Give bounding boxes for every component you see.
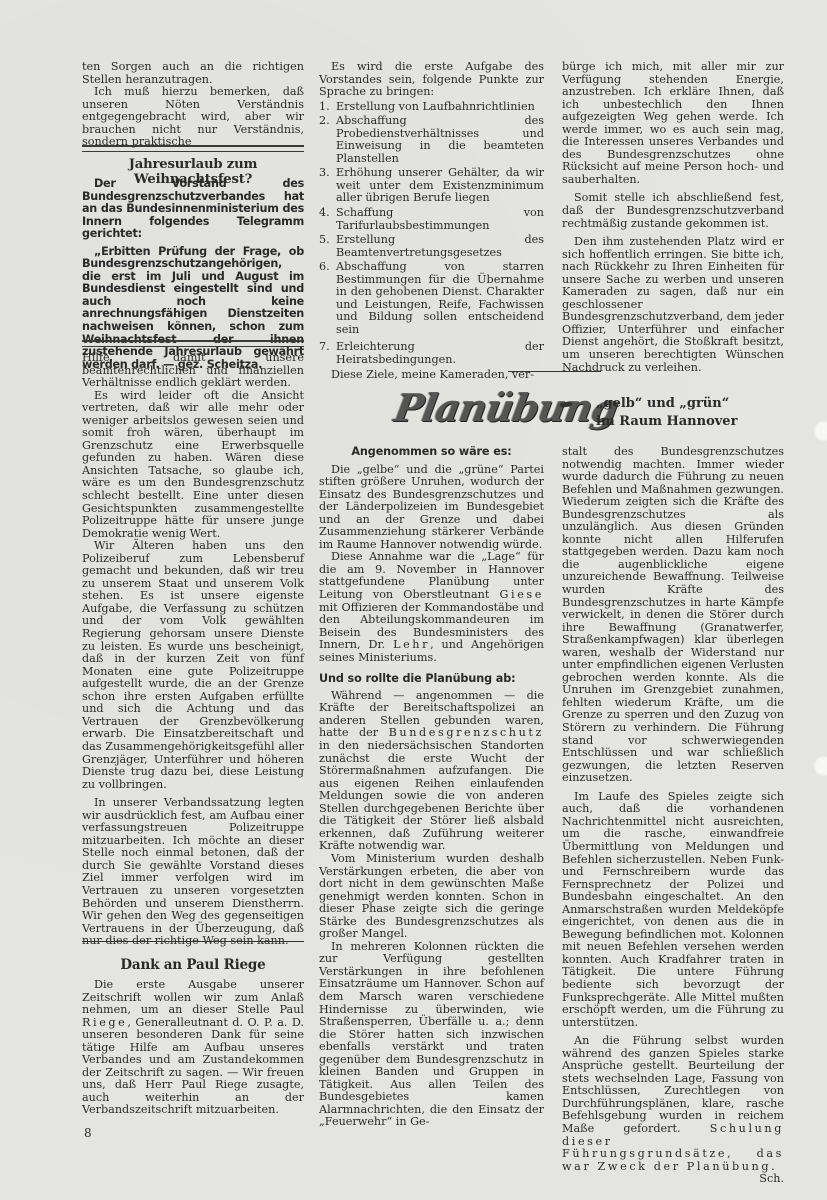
column3-top: bürge ich mich, mit aller mir zur Verfüg…: [562, 61, 784, 374]
list-item: 3.Erhöhung unserer Gehälter, da wir weit…: [319, 167, 544, 205]
paragraph: Wir Älteren haben uns den Polizeiberuf z…: [82, 540, 304, 791]
spaced-name: Riege: [82, 1016, 127, 1029]
paragraph: stalt des Bundesgrenzschutzes notwendig …: [562, 446, 784, 785]
punch-hole: [813, 420, 827, 442]
paragraph: Hilfe, damit unsere beamtenrechtlichen u…: [82, 352, 304, 390]
divider-rule: [82, 941, 304, 942]
punch-hole: [813, 755, 827, 777]
paragraph: ten Sorgen auch an die richtigen Stellen…: [82, 61, 304, 86]
page-number: 8: [84, 1126, 92, 1140]
divider-rule: [82, 340, 304, 347]
column1-intro: ten Sorgen auch an die richtigen Stellen…: [82, 61, 304, 149]
paragraph: In mehreren Kolonnen rückten die zur Ver…: [319, 941, 544, 1129]
paragraph: Ich muß hierzu bemerken, daß unseren Nöt…: [82, 86, 304, 149]
paragraph: Es wird die erste Aufgabe des Vorstandes…: [319, 61, 544, 99]
dank-body: Die erste Ausgabe unserer Zeitschrift wo…: [82, 979, 304, 1117]
list-item: 7.Erleichterung der Heiratsbedingungen.: [319, 341, 544, 366]
column1-body: Hilfe, damit unsere beamtenrechtlichen u…: [82, 352, 304, 948]
list-item: 4.Schaffung von Tarifurlaubsbestimmungen: [319, 207, 544, 232]
article-subheadline: „gelb“ und „grün“ im Raum Hannover: [596, 395, 737, 431]
article-left-column: Angenommen so wäre es: Die „gelbe“ und d…: [319, 446, 544, 1129]
paragraph: Vom Ministerium wurden deshalb Verstärku…: [319, 853, 544, 941]
paragraph: Es wird leider oft die Ansicht vertreten…: [82, 390, 304, 541]
paragraph: An die Führung selbst wurden während des…: [562, 1035, 784, 1173]
divider-rule: [508, 371, 601, 372]
telegram-lead: Der Vorstand des Bundesgrenzschutzverban…: [82, 178, 304, 241]
article-headline: Planübung: [391, 385, 621, 430]
paragraph: Somit stelle ich abschließend fest, daß …: [562, 192, 784, 230]
points-list: 1.Erstellung von Laufbahnrichtlinien 2.A…: [319, 101, 544, 367]
title-dank: Dank an Paul Riege: [82, 957, 304, 973]
newspaper-page: ten Sorgen auch an die richtigen Stellen…: [0, 0, 827, 1200]
article-subhead: Angenommen so wäre es:: [319, 446, 544, 459]
paragraph: Während — angenommen — die Kräfte der Be…: [319, 690, 544, 853]
divider-rule: [82, 145, 304, 152]
list-item: 5.Erstellung des Beamtenvertretungsgeset…: [319, 234, 544, 259]
list-item: 1.Erstellung von Laufbahnrichtlinien: [319, 101, 544, 114]
paragraph: Die erste Ausgabe unserer Zeitschrift wo…: [82, 979, 304, 1117]
author-signature: Sch.: [747, 1173, 784, 1186]
article-subhead: Und so rollte die Planübung ab:: [319, 673, 544, 686]
list-item: 2.Abschaffung des Probedienstverhältniss…: [319, 115, 544, 165]
paragraph: bürge ich mich, mit aller mir zur Verfüg…: [562, 61, 784, 186]
paragraph: Diese Annahme war die „Lage“ für die am …: [319, 551, 544, 664]
list-item: 6.Abschaffung von starren Bestimmungen f…: [319, 261, 544, 336]
paragraph: In unserer Verbandssatzung legten wir au…: [82, 797, 304, 948]
article-right-column: stalt des Bundesgrenzschutzes notwendig …: [562, 446, 784, 1186]
column2-points: Es wird die erste Aufgabe des Vorstandes…: [319, 61, 544, 381]
paragraph: Den ihm zustehenden Platz wird er sich h…: [562, 236, 784, 374]
paragraph: Im Laufe des Spieles zeigte sich auch, d…: [562, 791, 784, 1029]
paragraph: Die „gelbe“ und die „grüne“ Partei stift…: [319, 464, 544, 552]
